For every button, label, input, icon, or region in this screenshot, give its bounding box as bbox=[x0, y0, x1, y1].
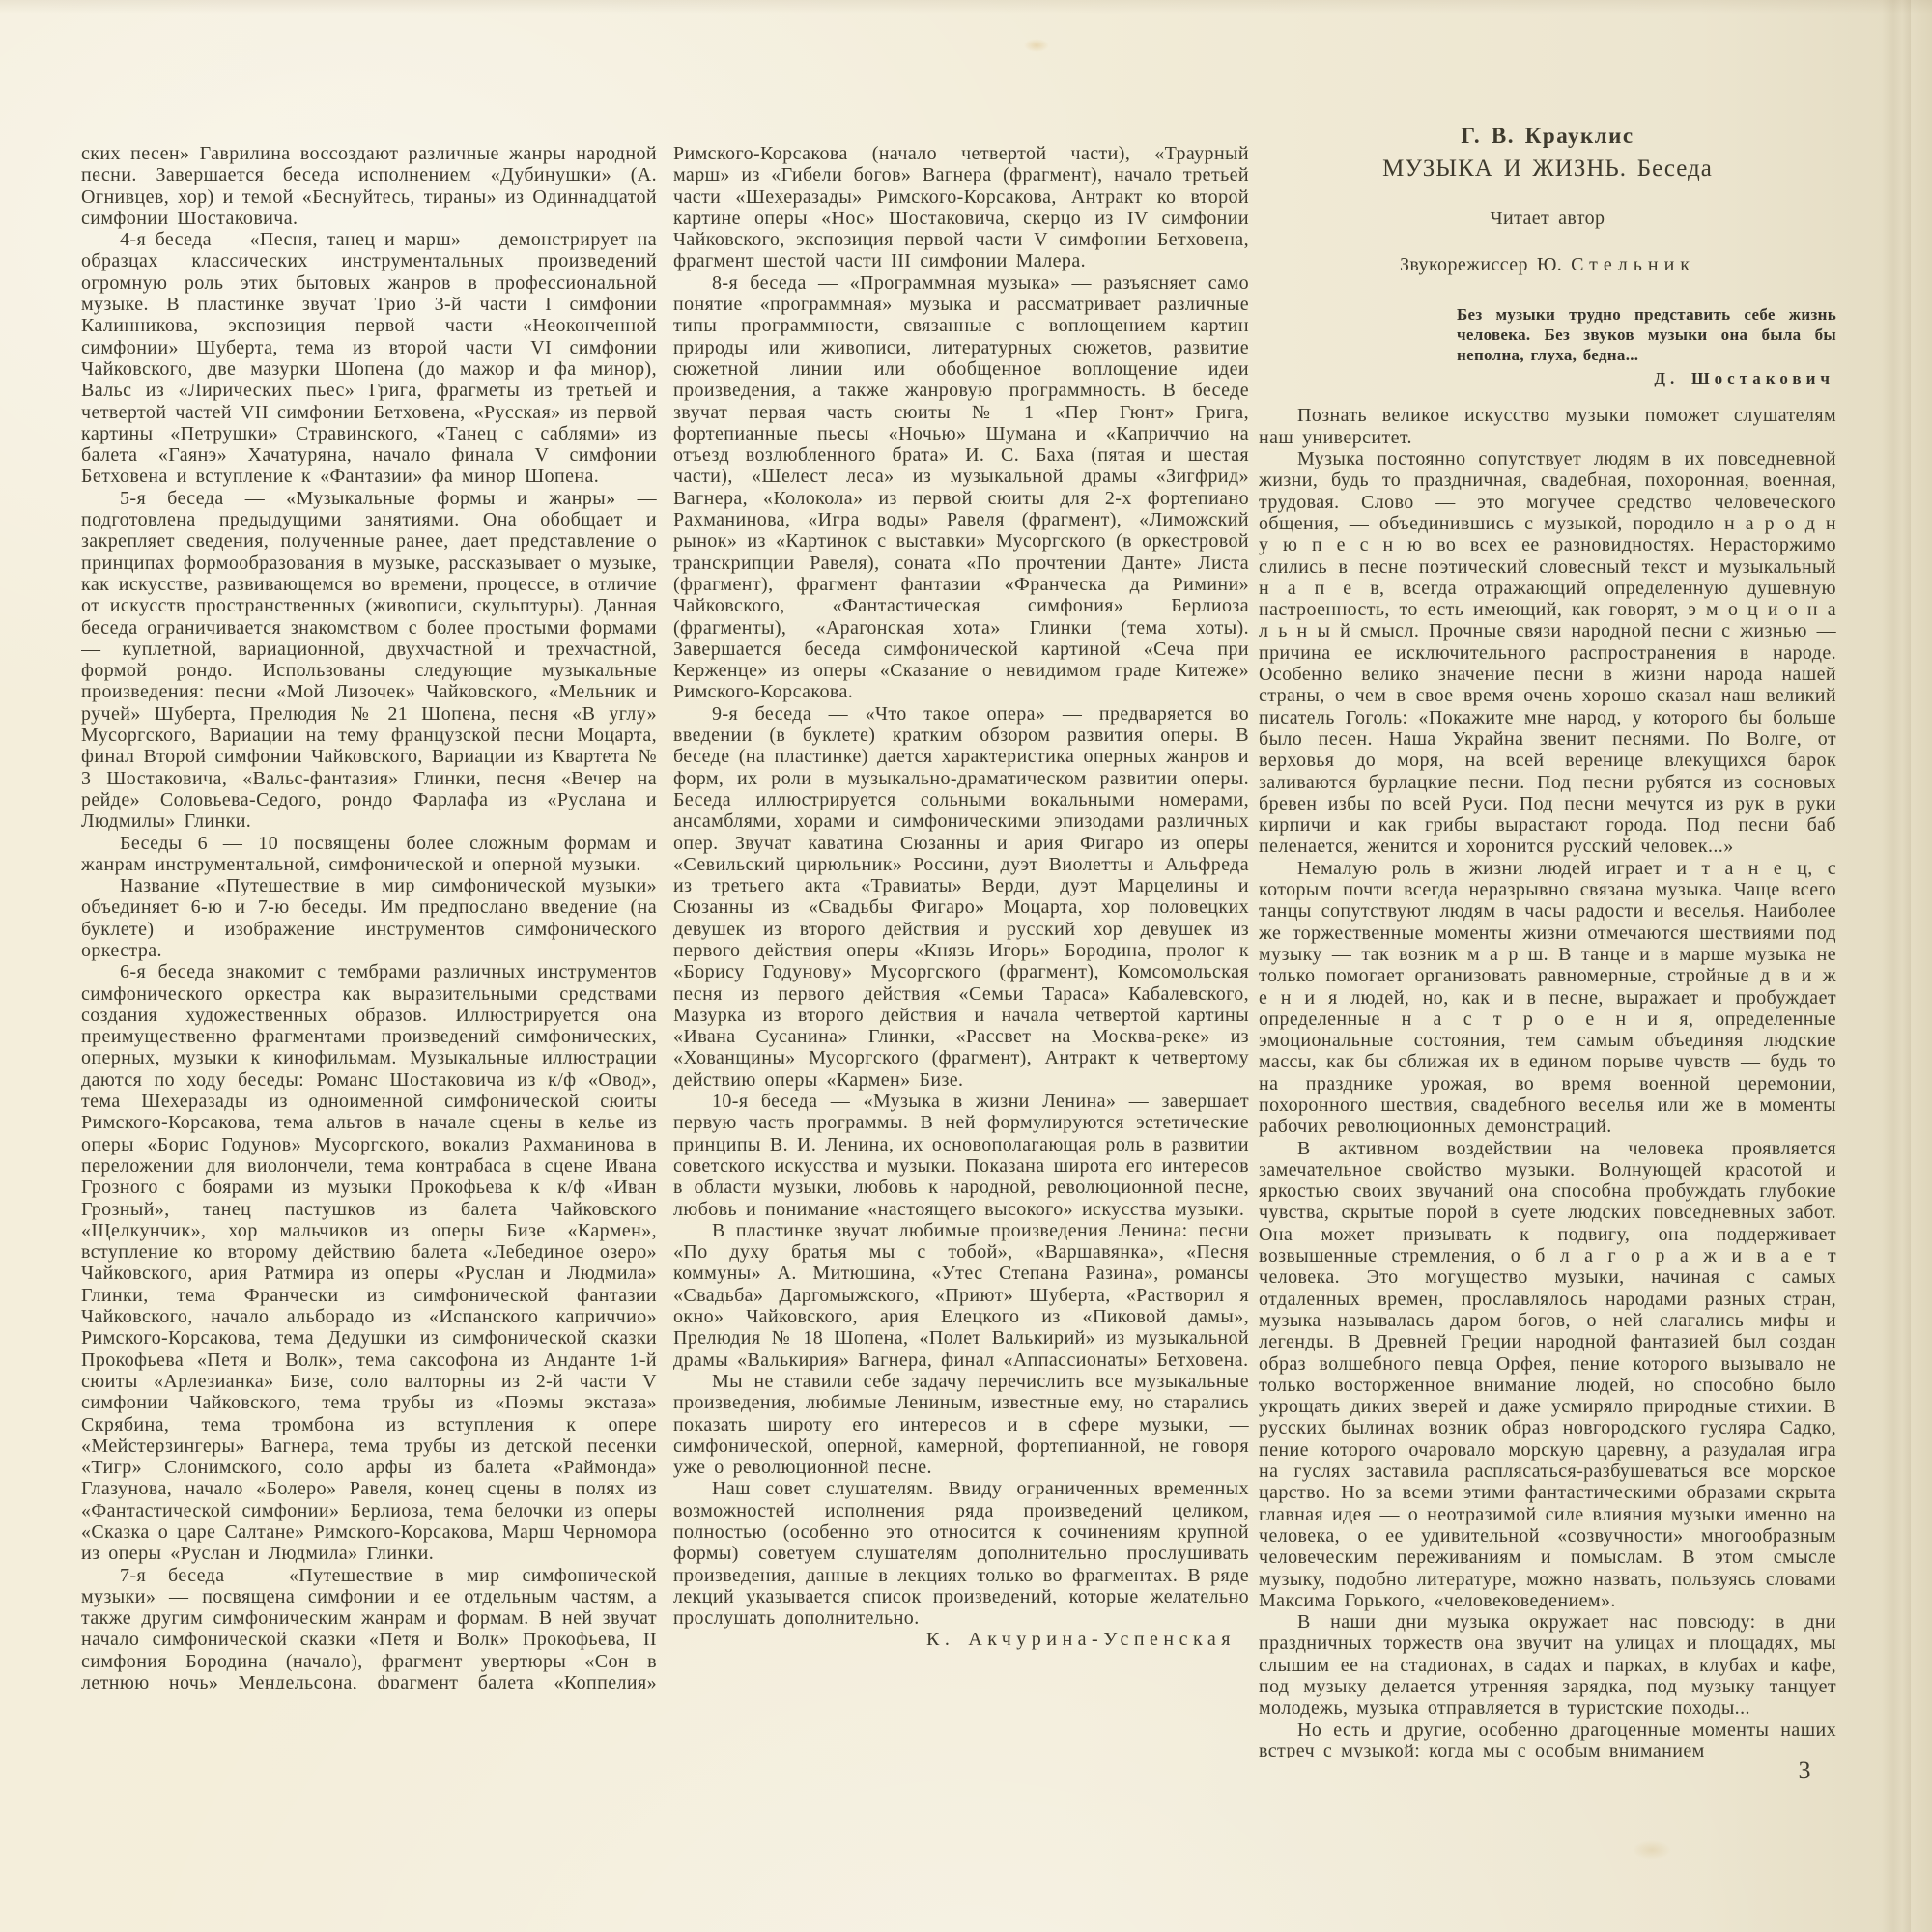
paragraph: Немалую роль в жизни людей играет и т а … bbox=[1259, 858, 1836, 1138]
paragraph: В наши дни музыка окружает нас повсюду: … bbox=[1259, 1611, 1836, 1719]
paragraph-talk-7: 7-я беседа — «Путешествие в мир симфонич… bbox=[81, 1565, 657, 1689]
paragraph: В активном воздействии на человека прояв… bbox=[1259, 1138, 1836, 1612]
column-left: ских песен» Гаврилина воссоздают различн… bbox=[81, 143, 657, 1689]
paragraph: Беседы 6 — 10 посвящены более сложным фо… bbox=[81, 833, 657, 876]
paragraph: В пластинке звучат любимые произведения … bbox=[673, 1220, 1249, 1371]
paragraph: Музыка постоянно сопутствует людям в их … bbox=[1259, 448, 1836, 858]
paragraph-talk-5: 5-я беседа — «Музыкальные формы и жанры»… bbox=[81, 488, 657, 833]
paper-top-shade bbox=[0, 0, 1932, 14]
paragraph: Познать великое искусство музыки поможет… bbox=[1259, 405, 1836, 448]
paragraph: ских песен» Гаврилина воссоздают различн… bbox=[81, 143, 657, 229]
engineer-name: Стельник bbox=[1571, 254, 1695, 275]
sound-engineer-credit: Звукорежиссер Ю. Стельник bbox=[1259, 254, 1836, 275]
paragraph: Мы не ставили себе задачу перечислить вс… bbox=[673, 1371, 1249, 1478]
paragraph: Римского-Корсакова (начало четвертой час… bbox=[673, 143, 1249, 272]
paper-stain bbox=[1024, 39, 1049, 52]
paragraph-talk-6: 6-я беседа знакомит с тембрами различных… bbox=[81, 961, 657, 1564]
paragraph: Наш совет слушателям. Ввиду ограниченных… bbox=[673, 1478, 1249, 1629]
paper-right-crease bbox=[1882, 0, 1911, 1932]
epigraph-author: Д. Шостакович bbox=[1457, 368, 1836, 389]
article-header: Г. В. Крауклис МУЗЫКА И ЖИЗНЬ. Беседа Чи… bbox=[1259, 126, 1836, 275]
read-by-credit: Читает автор bbox=[1259, 208, 1836, 229]
column-middle: Римского-Корсакова (начало четвертой час… bbox=[673, 143, 1249, 1747]
engineer-label: Звукорежиссер Ю. bbox=[1400, 254, 1562, 275]
paper-stain bbox=[1633, 1840, 1671, 1860]
epigraph-quote: Без музыки трудно представить себе жизнь… bbox=[1457, 304, 1836, 365]
article-author: Г. В. Крауклис bbox=[1259, 126, 1836, 147]
article-title: МУЗЫКА И ЖИЗНЬ. Беседа bbox=[1259, 158, 1836, 180]
paragraph-talk-9: 9-я беседа — «Что такое опера» — предвар… bbox=[673, 703, 1249, 1091]
column-right: Г. В. Крауклис МУЗЫКА И ЖИЗНЬ. Беседа Чи… bbox=[1259, 126, 1836, 1758]
page-number: 3 bbox=[1785, 1756, 1824, 1785]
paragraph-talk-8: 8-я беседа — «Программная музыка» — разъ… bbox=[673, 272, 1249, 703]
author-signature: К. Акчурина-Успенская bbox=[673, 1629, 1249, 1650]
paragraph: Название «Путешествие в мир симфоническо… bbox=[81, 875, 657, 961]
paragraph-talk-4: 4-я беседа — «Песня, танец и марш» — дем… bbox=[81, 229, 657, 488]
paragraph-talk-10: 10-я беседа — «Музыка в жизни Ленина» — … bbox=[673, 1091, 1249, 1220]
paragraph: Но есть и другие, особенно драгоценные м… bbox=[1259, 1719, 1836, 1758]
liner-notes-page: ских песен» Гаврилина воссоздают различн… bbox=[0, 0, 1932, 1932]
